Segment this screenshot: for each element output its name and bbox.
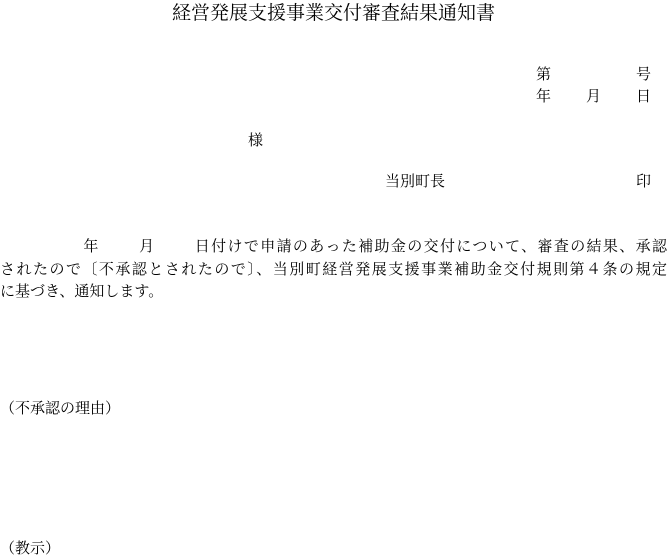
instruction-label: （教示） bbox=[0, 541, 60, 556]
document-number-prefix: 第 bbox=[536, 67, 551, 82]
document-number-suffix: 号 bbox=[636, 67, 651, 82]
notice-body: 年月日付けで申請のあった補助金の交付について、審査の結果、承認 されたので〔不承… bbox=[0, 235, 667, 303]
notice-body-line-3: に基づき、通知します。 bbox=[0, 280, 667, 303]
date-year-label: 年 bbox=[536, 89, 551, 104]
date-day-label: 日 bbox=[636, 89, 651, 104]
notice-body-line-1: 年月日付けで申請のあった補助金の交付について、審査の結果、承認 bbox=[0, 235, 667, 258]
body-month-label: 月 bbox=[138, 237, 156, 255]
body-line-1-text: 日付けで申請のあった補助金の交付について、審査の結果、承認 bbox=[193, 237, 667, 255]
issuer-name: 当別町長 bbox=[385, 174, 445, 189]
body-year-label: 年 bbox=[82, 237, 100, 255]
rejection-reason-label: （不承認の理由） bbox=[0, 401, 120, 416]
document-title: 経営発展支援事業交付審査結果通知書 bbox=[0, 4, 667, 23]
notice-body-line-2: されたので〔不承認とされたので〕、当別町経営発展支援事業補助金交付規則第４条の規… bbox=[0, 258, 667, 281]
addressee-suffix: 様 bbox=[248, 133, 263, 148]
issuer-seal: 印 bbox=[636, 174, 651, 189]
date-month-label: 月 bbox=[586, 89, 601, 104]
